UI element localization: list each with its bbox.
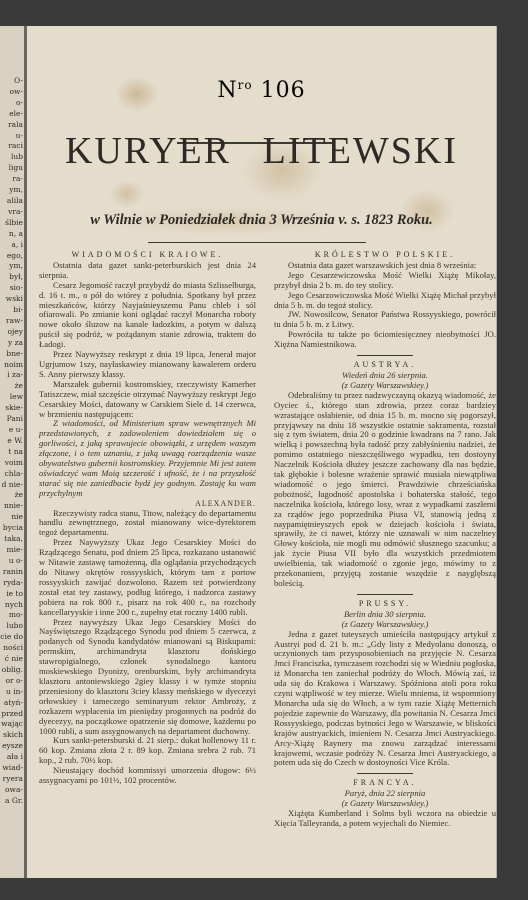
article-paragraph: Nieustający dochód kommissyi umorzenia d… xyxy=(39,766,256,786)
article-paragraph: Przez Naywyższy reskrypt z dnia 19 lipca… xyxy=(39,350,256,380)
margin-text-line: cie do xyxy=(0,632,24,643)
margin-text-line: był, xyxy=(0,272,24,283)
section-title: FRANCYA. xyxy=(274,778,496,788)
margin-text-line: ym, xyxy=(0,261,24,272)
section-prussy: PRUSSY. Berlin dnia 30 sierpnia. (z Gaze… xyxy=(274,599,496,768)
exchange-rates: Kurs sankt-petersburski d. 21 sierp.: du… xyxy=(39,736,256,766)
section-krolestwo-polskie: KRÓLESTWO POLSKIE. Ostatnia data gazet w… xyxy=(274,250,496,350)
margin-text-line: t na xyxy=(0,447,24,458)
margin-text-line: wiad- xyxy=(0,763,24,774)
margin-text-line: e W. xyxy=(0,436,24,447)
margin-text-line: vra- xyxy=(0,207,24,218)
margin-text-line: przed xyxy=(0,709,24,720)
dateline: w Wilnie w Poniedziałek dnia 3 Września … xyxy=(27,212,496,229)
newspaper-page: Nro 106 KURYER LITEWSKI w Wilnie w Ponie… xyxy=(27,26,496,878)
margin-text-line: u o- xyxy=(0,556,24,567)
issue-label-superscript: ro xyxy=(238,78,253,92)
margin-text-line: mo- xyxy=(0,610,24,621)
article-paragraph: Jego Cesarzowiczowska Mość Wielki Xiążę … xyxy=(274,291,496,311)
margin-text-line: i za- xyxy=(0,370,24,381)
margin-text-line: wski xyxy=(0,294,24,305)
margin-text-line: że xyxy=(0,381,24,392)
margin-text-line: ego, xyxy=(0,251,24,262)
margin-text-line: o- xyxy=(0,98,24,109)
margin-text-line: O- xyxy=(0,76,24,87)
margin-text-line: ranin xyxy=(0,567,24,578)
scanner-background-top xyxy=(0,0,528,26)
margin-text-line: ryera xyxy=(0,774,24,785)
masthead-rule-bottom xyxy=(148,242,366,243)
article-paragraph: Cesarz Jegomość raczył przybydź do miast… xyxy=(39,281,256,350)
article-paragraph: Jedna z gazet tuteyszych umieściła nastę… xyxy=(274,630,496,769)
right-column: KRÓLESTWO POLSKIE. Ostatnia data gazet w… xyxy=(274,248,496,829)
margin-text-line: rala xyxy=(0,120,24,131)
scanner-background-bottom xyxy=(0,878,528,900)
article-paragraph: Marszałek gubernii kostromskiey, rzeczyw… xyxy=(39,380,256,420)
margin-text-line: u in- xyxy=(0,687,24,698)
section-divider xyxy=(357,773,413,774)
rescript-quote: Z wiadomości, od Ministerium spraw wewnę… xyxy=(39,419,256,498)
issue-number: Nro 106 xyxy=(27,78,496,103)
article-paragraph: Przez Naywyższy Ukaz Jego Cesarskiey Moś… xyxy=(39,538,256,617)
margin-text-line: oblig. xyxy=(0,665,24,676)
margin-text-line: lubo xyxy=(0,621,24,632)
margin-text-line: a, i xyxy=(0,240,24,251)
margin-text-line: skie- xyxy=(0,403,24,414)
margin-text-line: ała i xyxy=(0,752,24,763)
margin-text-line: a Gr. xyxy=(0,796,24,807)
margin-text-line: atyń- xyxy=(0,698,24,709)
section-title: KRÓLESTWO POLSKIE. xyxy=(274,250,496,260)
margin-text-line: d nie- xyxy=(0,480,24,491)
margin-text-line: y za xyxy=(0,338,24,349)
margin-text-line: że xyxy=(0,490,24,501)
issue-number-value: 106 xyxy=(261,78,306,103)
margin-text-line: ślbie xyxy=(0,218,24,229)
margin-text-line: bycia xyxy=(0,523,24,534)
margin-text-line: wając xyxy=(0,719,24,730)
newspaper-title: KURYER LITEWSKI xyxy=(27,129,496,173)
margin-text-line: ojey xyxy=(0,327,24,338)
article-paragraph: Powróciła tu także po 6ciomiesięczney ni… xyxy=(274,330,496,350)
margin-text-line: mie- xyxy=(0,545,24,556)
margin-text-line: ie to xyxy=(0,589,24,600)
margin-text-line: ele- xyxy=(0,109,24,120)
margin-text-line: u- xyxy=(0,131,24,142)
margin-text-line: raci xyxy=(0,141,24,152)
margin-text-line: skich xyxy=(0,730,24,741)
article-paragraph: Przez naywyższy Ukaz Jego Cesarskiey Moś… xyxy=(39,618,256,737)
article-paragraph: Rzeczywisty radca stanu, Titow, należący… xyxy=(39,509,256,539)
article-paragraph: Odebraliśmy tu przez nadzwyczayną okazyą… xyxy=(274,391,496,589)
margin-text-line: ć nie xyxy=(0,654,24,665)
margin-text-line: raw- xyxy=(0,316,24,327)
margin-text-line: sio- xyxy=(0,283,24,294)
margin-text-line: or o- xyxy=(0,676,24,687)
margin-text-line: Pani xyxy=(0,414,24,425)
left-column: WIADOMOŚCI KRAIOWE. Ostatnia data gazet … xyxy=(39,248,256,786)
margin-text-line: owa- xyxy=(0,785,24,796)
section-austrya: AUSTRYA. Wiedeń dnia 26 sierpnia. (z Gaz… xyxy=(274,360,496,589)
margin-text-line: ryda- xyxy=(0,578,24,589)
section-divider xyxy=(357,594,413,595)
margin-text-line: lub xyxy=(0,152,24,163)
margin-text-line: bi- xyxy=(0,305,24,316)
section-francya: FRANCYA. Paryż, dnia 22 sierpnia (z Gaze… xyxy=(274,778,496,829)
margin-text-line: ra- xyxy=(0,174,24,185)
margin-text-line: nych xyxy=(0,600,24,611)
margin-text-line: ym, xyxy=(0,185,24,196)
margin-text-line: eysze xyxy=(0,741,24,752)
margin-text-line: lew xyxy=(0,392,24,403)
margin-text-line: alila xyxy=(0,196,24,207)
section-title: WIADOMOŚCI KRAIOWE. xyxy=(39,250,256,260)
article-paragraph: Jego Cesarzewiczowska Mość Wielki Xiążę … xyxy=(274,271,496,291)
article-paragraph: Xiążęta Kumberland i Solms byli wczora n… xyxy=(274,809,496,829)
margin-text-line: nnie- xyxy=(0,501,24,512)
margin-text-line: voim xyxy=(0,458,24,469)
issue-label: N xyxy=(217,78,237,103)
section-title: PRUSSY. xyxy=(274,599,496,609)
margin-text-line: ligu xyxy=(0,163,24,174)
margin-text-line: bne- xyxy=(0,349,24,360)
margin-text-line: ow- xyxy=(0,87,24,98)
article-paragraph: JW. Nowosilcow, Senator Państwa Rossyysk… xyxy=(274,310,496,330)
margin-text-line: e u- xyxy=(0,425,24,436)
margin-text-line: nie xyxy=(0,512,24,523)
section-title: AUSTRYA. xyxy=(274,360,496,370)
margin-text-line: chla- xyxy=(0,469,24,480)
section-divider xyxy=(357,355,413,356)
article-paragraph: Ostatnia data gazet sankt-peterburskich … xyxy=(39,261,256,281)
margin-text-line: n, a xyxy=(0,229,24,240)
margin-text-line: taka, xyxy=(0,534,24,545)
previous-page-margin: O-ow-o-ele-ralau-racilubligura-ym,alilav… xyxy=(0,26,25,878)
margin-text-line: noim xyxy=(0,360,24,371)
margin-text-line: ności xyxy=(0,643,24,654)
